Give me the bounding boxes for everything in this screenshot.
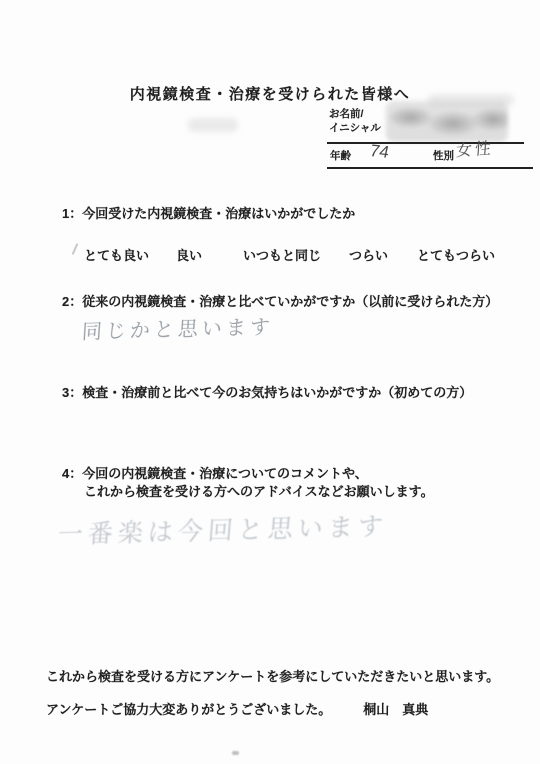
gender-handwritten-value: 女性	[455, 135, 495, 161]
name-label-line1: お名前/	[329, 108, 363, 120]
name-label: お名前/ イニシャル	[329, 108, 381, 135]
option-very-hard: とてもつらい	[417, 245, 495, 264]
scan-smudge	[188, 118, 238, 132]
question-2-handwritten-answer: 同じかと思います	[81, 310, 275, 344]
question-4-label-line1: 4：今回の内視鏡検査・治療についてのコメントや、	[62, 463, 368, 482]
option-good: 良い	[176, 245, 202, 264]
signature-name: 桐山 真典	[363, 702, 428, 717]
scan-speck	[232, 751, 239, 755]
form-rule-bottom	[327, 167, 533, 169]
footer-line2: アンケートご協力大変ありがとうございました。桐山 真典	[46, 699, 428, 718]
name-label-line2: イニシャル	[329, 122, 381, 134]
question-1-options: とても良い 良い いつもと同じ つらい とてもつらい	[0, 245, 540, 265]
footer-line1: これから検査を受ける方にアンケートを参考にしていただきたいと思います。	[46, 666, 499, 685]
age-handwritten-value: 74	[368, 141, 391, 163]
form-rule-top	[327, 142, 524, 144]
option-very-good: とても良い	[84, 245, 149, 264]
question-4-label-line2: これから検査を受ける方へのアドバイスなどお願いします。	[84, 481, 434, 500]
gender-label: 性別	[433, 148, 454, 163]
question-1-label: 1：今回受けた内視鏡検査・治療はいかがでしたか	[62, 203, 355, 222]
scanned-questionnaire-page: 内視鏡検査・治療を受けられた皆様へ お名前/ イニシャル 年齢 74 性別 女性…	[0, 0, 540, 764]
question-2-label: 2：従来の内視鏡検査・治療と比べていかがですか（以前に受けられた方）	[62, 291, 498, 310]
option-same-as-usual: いつもと同じ	[243, 245, 321, 264]
question-4-handwritten-answer: 一番楽は今回と思います	[57, 507, 390, 552]
footer-thanks-text: アンケートご協力大変ありがとうございました。	[46, 702, 331, 717]
question-3-label: 3：検査・治療前と比べて今のお気持ちはいかがですか（初めての方）	[62, 382, 472, 401]
option-hard: つらい	[349, 245, 388, 264]
age-label: 年齢	[330, 148, 351, 163]
